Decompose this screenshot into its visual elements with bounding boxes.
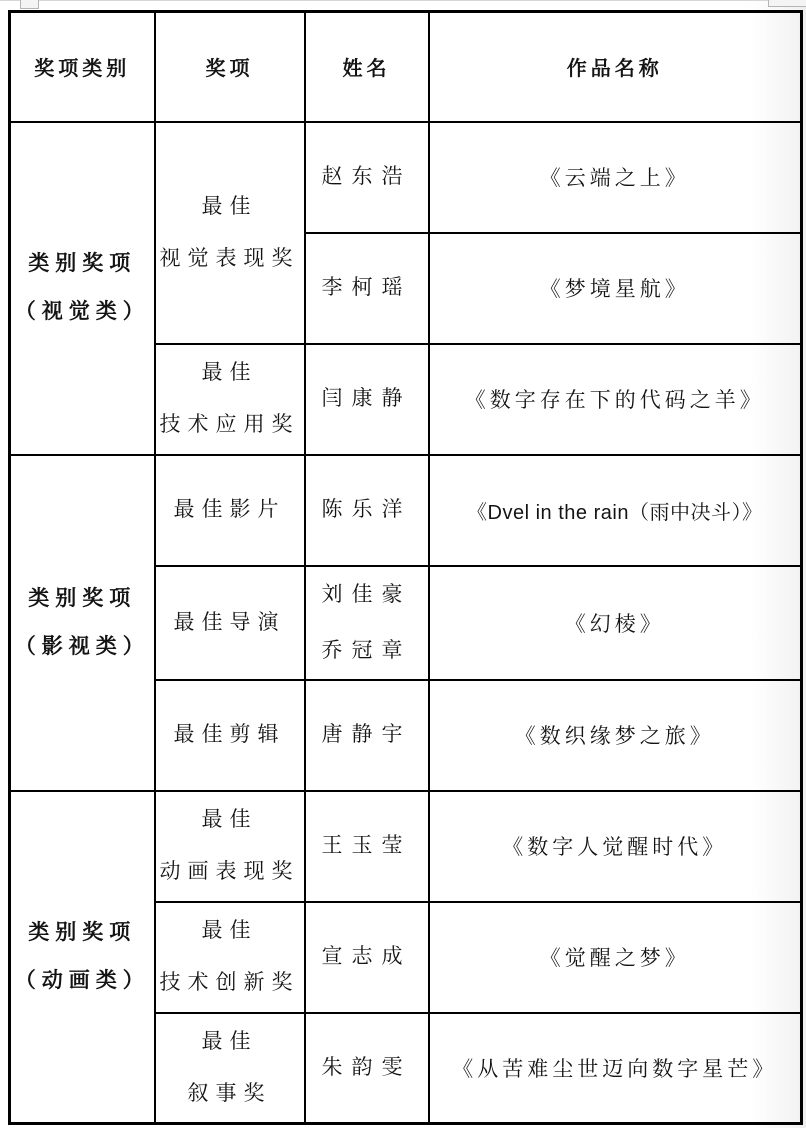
award-cell: 最佳导演 <box>155 566 305 680</box>
work-cell: 《梦境星航》 <box>429 233 802 344</box>
document-page: 奖项类别 奖项 姓名 作品名称 类别奖项 （视觉类） 最佳 视觉表现奖 赵东浩 … <box>0 0 806 1128</box>
category-cell-animation: 类别奖项 （动画类） <box>10 791 155 1124</box>
table-row: 类别奖项 （动画类） 最佳 动画表现奖 王玉莹 《数字人觉醒时代》 <box>10 791 802 902</box>
name-cell: 唐静宇 <box>305 680 429 791</box>
page-artifact-right <box>768 0 806 7</box>
work-cell: 《数织缘梦之旅》 <box>429 680 802 791</box>
work-cell: 《幻棱》 <box>429 566 802 680</box>
table-row: 类别奖项 （影视类） 最佳影片 陈乐洋 《Dvel in the rain（雨中… <box>10 455 802 566</box>
name-cell: 陈乐洋 <box>305 455 429 566</box>
award-cell: 最佳 技术应用奖 <box>155 344 305 455</box>
name-cell: 宣志成 <box>305 902 429 1013</box>
column-header-name: 姓名 <box>305 12 429 122</box>
work-cell: 《数字人觉醒时代》 <box>429 791 802 902</box>
work-cell: 《觉醒之梦》 <box>429 902 802 1013</box>
name-cell: 王玉莹 <box>305 791 429 902</box>
column-header-category: 奖项类别 <box>10 12 155 122</box>
award-cell: 最佳剪辑 <box>155 680 305 791</box>
work-cell: 《从苦难尘世迈向数字星芒》 <box>429 1013 802 1124</box>
name-cell: 赵东浩 <box>305 122 429 233</box>
category-cell-visual: 类别奖项 （视觉类） <box>10 122 155 455</box>
table-row: 类别奖项 （视觉类） 最佳 视觉表现奖 赵东浩 《云端之上》 <box>10 122 802 233</box>
work-cell: 《Dvel in the rain（雨中决斗）》 <box>429 455 802 566</box>
work-cell: 《数字存在下的代码之羊》 <box>429 344 802 455</box>
name-cell: 闫康静 <box>305 344 429 455</box>
page-top-edge <box>0 0 806 1</box>
name-cell: 刘佳豪 乔冠章 <box>305 566 429 680</box>
award-cell: 最佳 叙事奖 <box>155 1013 305 1124</box>
category-cell-film: 类别奖项 （影视类） <box>10 455 155 791</box>
name-cell: 朱韵雯 <box>305 1013 429 1124</box>
award-cell: 最佳影片 <box>155 455 305 566</box>
column-header-work: 作品名称 <box>429 12 802 122</box>
name-cell: 李柯瑶 <box>305 233 429 344</box>
work-cell: 《云端之上》 <box>429 122 802 233</box>
column-header-award: 奖项 <box>155 12 305 122</box>
award-cell: 最佳 视觉表现奖 <box>155 122 305 344</box>
header-row: 奖项类别 奖项 姓名 作品名称 <box>10 12 802 122</box>
award-cell: 最佳 技术创新奖 <box>155 902 305 1013</box>
award-cell: 最佳 动画表现奖 <box>155 791 305 902</box>
page-artifact-left <box>20 0 39 9</box>
awards-table: 奖项类别 奖项 姓名 作品名称 类别奖项 （视觉类） 最佳 视觉表现奖 赵东浩 … <box>8 10 803 1125</box>
